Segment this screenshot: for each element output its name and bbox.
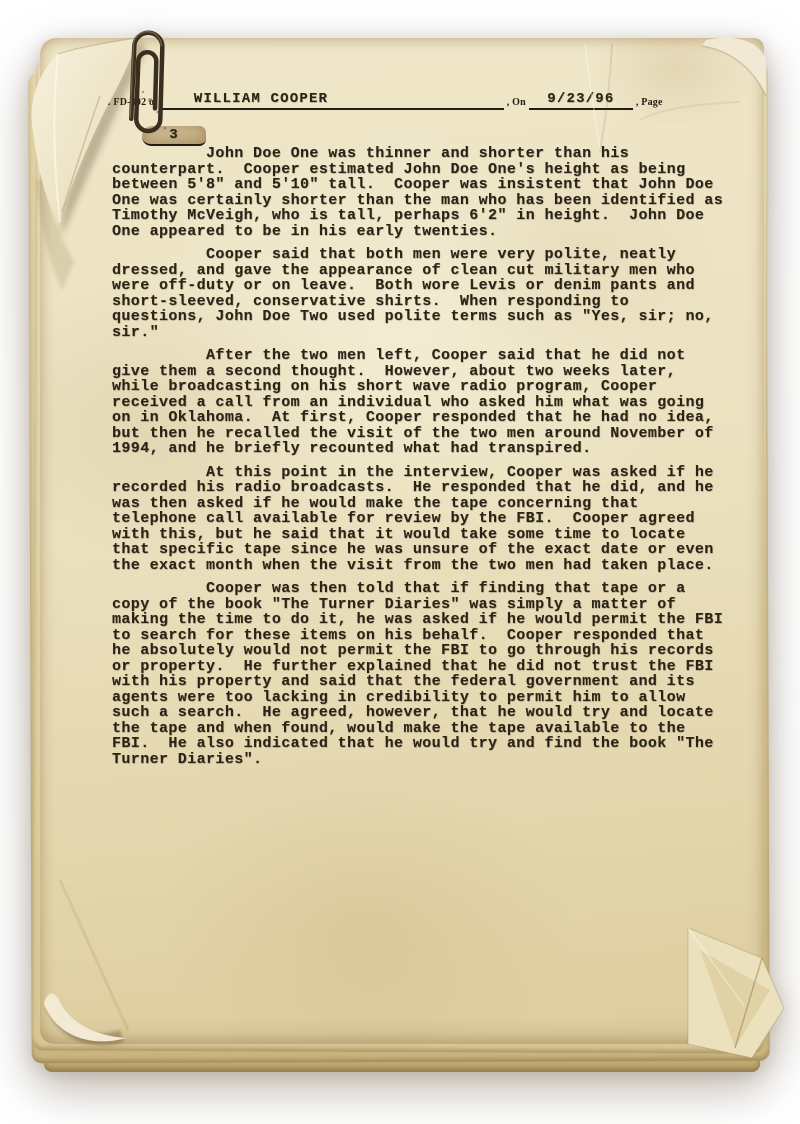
page-header: of FD-302 of WILLIAM COOPER , On 9/23/96… [102, 88, 666, 110]
paragraph: Cooper said that both men were very poli… [112, 247, 756, 340]
paragraph: After the two men left, Cooper said that… [112, 348, 756, 457]
typewritten-body: John Doe One was thinner and shorter tha… [112, 146, 756, 775]
page-number: 3 [169, 127, 179, 144]
subject-name-line: WILLIAM COOPER [160, 90, 504, 110]
paragraph: John Doe One was thinner and shorter tha… [112, 146, 756, 239]
on-label: , On [507, 97, 526, 110]
document-page: of FD-302 of WILLIAM COOPER , On 9/23/96… [40, 38, 764, 1044]
paragraph: At this point in the interview, Cooper w… [112, 465, 756, 574]
date-value: 9/23/96 [547, 91, 614, 108]
page-label: , Page [636, 97, 663, 110]
page-number-line: 3 [142, 126, 206, 146]
subject-name: WILLIAM COOPER [194, 91, 328, 108]
photo-background: { "doc": { "type": "FBI FD-302 continuat… [0, 0, 800, 1124]
form-label-prefix: of FD-302 of [102, 97, 158, 110]
page-stack: of FD-302 of WILLIAM COOPER , On 9/23/96… [0, 0, 800, 1124]
paragraph: Cooper was then told that if finding tha… [112, 581, 756, 767]
date-line: 9/23/96 [529, 90, 633, 110]
